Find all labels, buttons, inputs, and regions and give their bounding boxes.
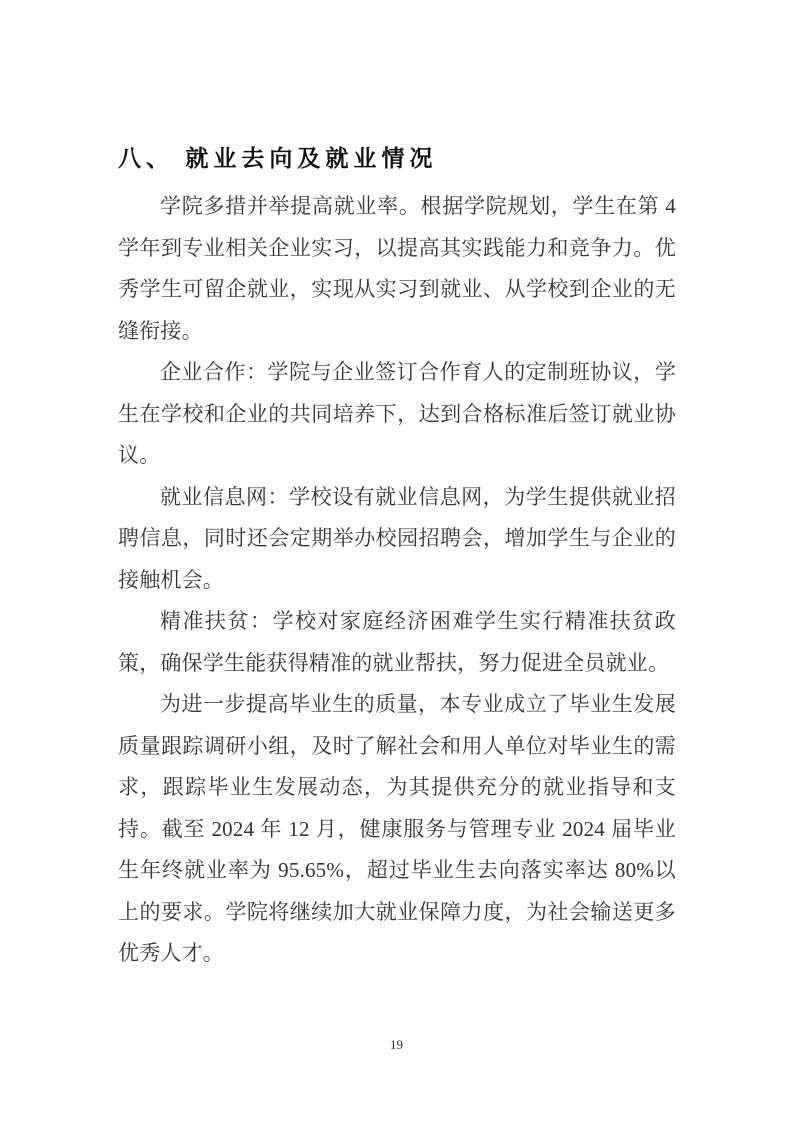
document-page: 八、 就业去向及就业情况 学院多措并举提高就业率。根据学院规划，学生在第 4 学… xyxy=(0,0,793,1122)
page-content: 八、 就业去向及就业情况 学院多措并举提高就业率。根据学院规划，学生在第 4 学… xyxy=(118,142,676,975)
paragraph-enterprise-cooperation: 企业合作：学院与企业签订合作育人的定制班协议，学生在学校和企业的共同培养下，达到… xyxy=(118,352,676,477)
section-heading: 八、 就业去向及就业情况 xyxy=(118,142,676,174)
page-number: 19 xyxy=(0,1037,793,1053)
paragraph-graduate-quality-tracking: 为进一步提高毕业生的质量，本专业成立了毕业生发展质量跟踪调研小组，及时了解社会和… xyxy=(118,684,676,975)
paragraph-employment-overview: 学院多措并举提高就业率。根据学院规划，学生在第 4 学年到专业相关企业实习，以提… xyxy=(118,186,676,352)
paragraph-employment-info-network: 就业信息网：学校设有就业信息网，为学生提供就业招聘信息，同时还会定期举办校园招聘… xyxy=(118,477,676,602)
paragraph-targeted-poverty-alleviation: 精准扶贫：学校对家庭经济困难学生实行精准扶贫政策，确保学生能获得精准的就业帮扶，… xyxy=(118,601,676,684)
